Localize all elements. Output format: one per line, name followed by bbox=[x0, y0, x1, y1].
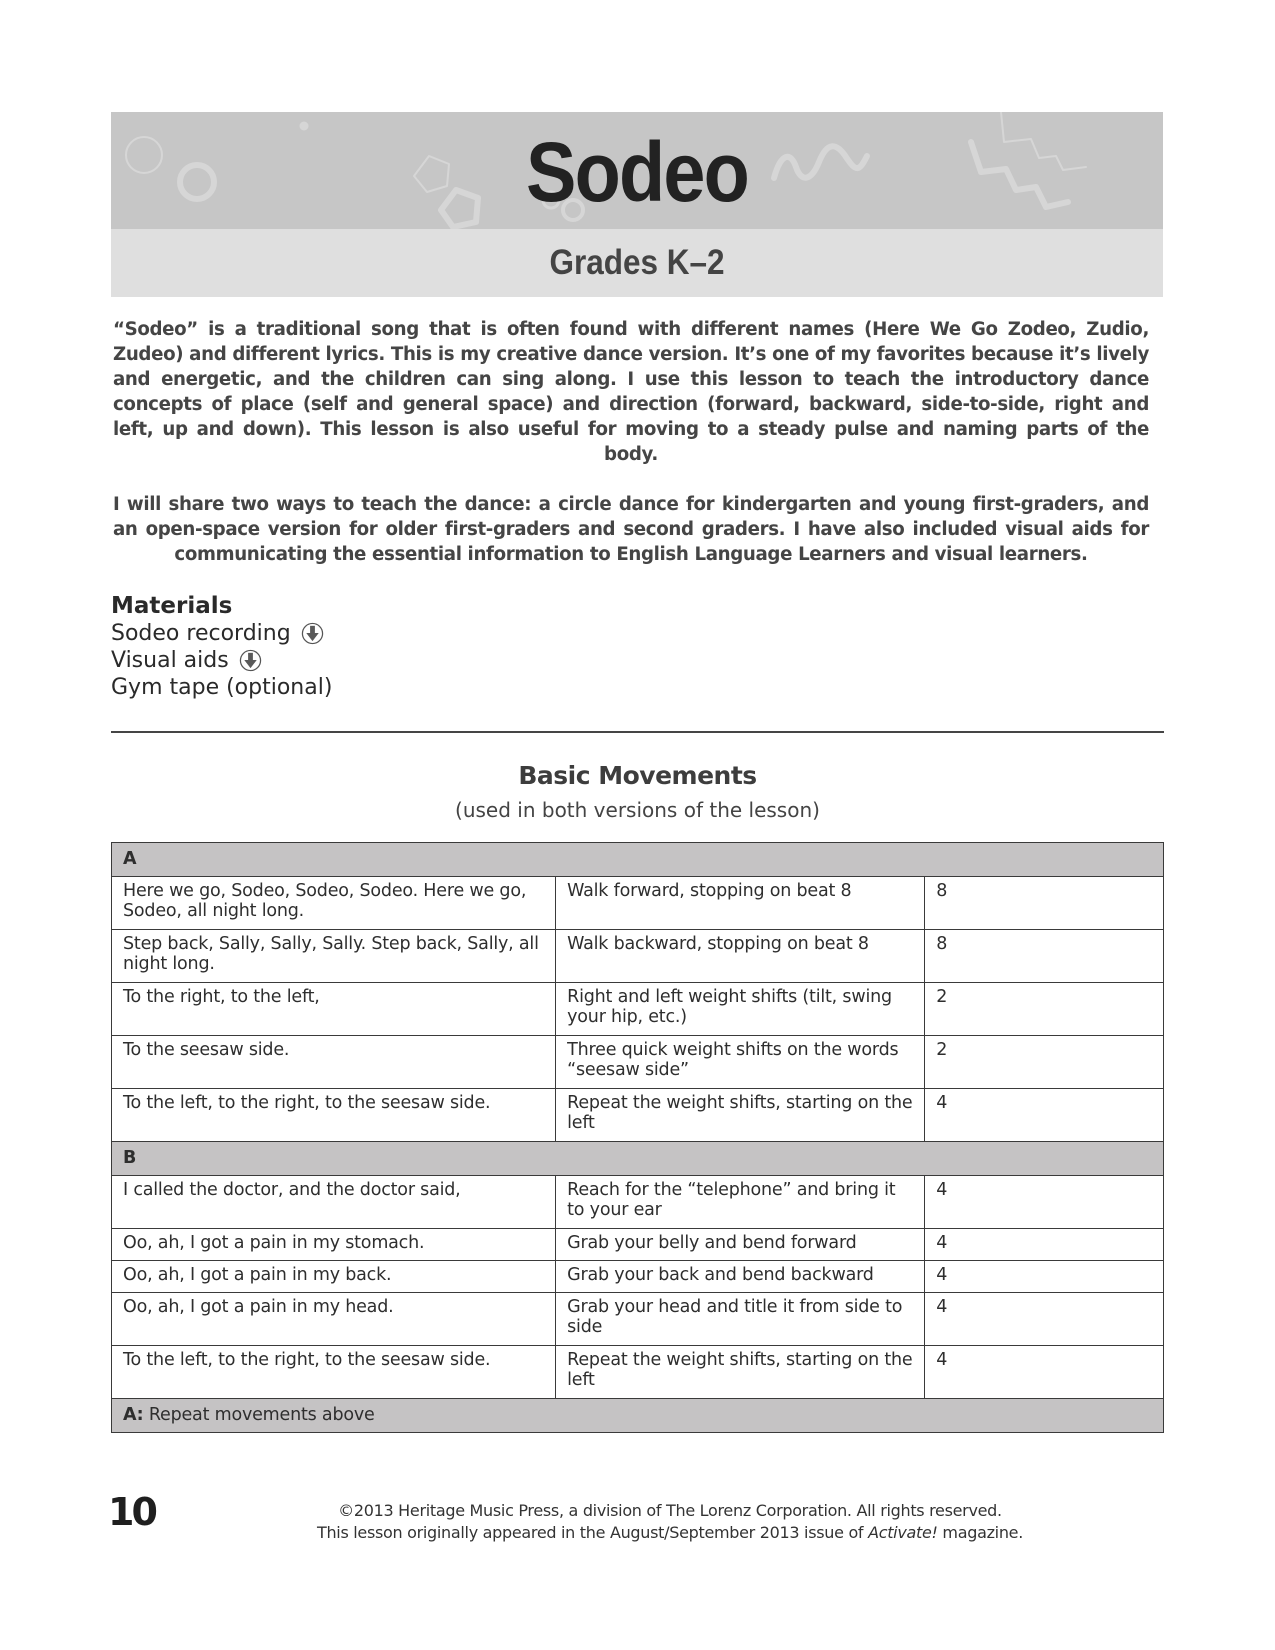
lyrics-cell: To the seesaw side. bbox=[112, 1036, 556, 1089]
beats-cell: 4 bbox=[925, 1229, 1164, 1261]
beats-cell: 8 bbox=[925, 930, 1164, 983]
beats-cell: 4 bbox=[925, 1176, 1164, 1229]
closing-text: Repeat movements above bbox=[143, 1405, 374, 1425]
beats-cell: 4 bbox=[925, 1089, 1164, 1142]
magazine-title: Activate! bbox=[868, 1523, 938, 1542]
intro-paragraph-2: I will share two ways to teach the dance… bbox=[113, 492, 1149, 567]
table-row: Oo, ah, I got a pain in my back.Grab you… bbox=[112, 1261, 1164, 1293]
table-section-row: A bbox=[112, 843, 1164, 877]
origin-text-end: magazine. bbox=[938, 1523, 1023, 1542]
table-section-row: B bbox=[112, 1142, 1164, 1176]
beats-cell: 4 bbox=[925, 1261, 1164, 1293]
movement-cell: Grab your belly and bend forward bbox=[556, 1229, 925, 1261]
movement-cell: Repeat the weight shifts, starting on th… bbox=[556, 1089, 925, 1142]
movement-cell: Grab your back and bend backward bbox=[556, 1261, 925, 1293]
lyrics-cell: To the left, to the right, to the seesaw… bbox=[112, 1346, 556, 1399]
download-icon[interactable] bbox=[301, 622, 324, 645]
materials-item: Visual aids bbox=[111, 647, 332, 674]
table-row: I called the doctor, and the doctor said… bbox=[112, 1176, 1164, 1229]
section-label: B bbox=[112, 1142, 1164, 1176]
materials-section: Materials Sodeo recording Visual aids Gy… bbox=[111, 592, 332, 701]
materials-item-label: Visual aids bbox=[111, 647, 229, 674]
materials-heading: Materials bbox=[111, 592, 332, 620]
title-band: Sodeo bbox=[111, 112, 1163, 229]
lyrics-cell: I called the doctor, and the doctor said… bbox=[112, 1176, 556, 1229]
beats-cell: 2 bbox=[925, 1036, 1164, 1089]
table-row: To the left, to the right, to the seesaw… bbox=[112, 1346, 1164, 1399]
table-row: Here we go, Sodeo, Sodeo, Sodeo. Here we… bbox=[112, 877, 1164, 930]
movement-cell: Walk forward, stopping on beat 8 bbox=[556, 877, 925, 930]
table-row: Oo, ah, I got a pain in my head.Grab you… bbox=[112, 1293, 1164, 1346]
section-divider bbox=[111, 731, 1164, 733]
closing-label: A: bbox=[123, 1405, 143, 1425]
materials-item-label: Gym tape (optional) bbox=[111, 674, 332, 701]
table-closing-row: A: Repeat movements above bbox=[112, 1399, 1164, 1433]
materials-item-label: Sodeo recording bbox=[111, 620, 291, 647]
section-subtitle: (used in both versions of the lesson) bbox=[0, 796, 1275, 824]
grades-band: Grades K–2 bbox=[111, 229, 1163, 297]
table-row: To the seesaw side.Three quick weight sh… bbox=[112, 1036, 1164, 1089]
movement-cell: Right and left weight shifts (tilt, swin… bbox=[556, 983, 925, 1036]
lyrics-cell: To the right, to the left, bbox=[112, 983, 556, 1036]
page-number: 10 bbox=[108, 1492, 155, 1532]
table-row: To the left, to the right, to the seesaw… bbox=[112, 1089, 1164, 1142]
beats-cell: 4 bbox=[925, 1293, 1164, 1346]
lyrics-cell: Oo, ah, I got a pain in my back. bbox=[112, 1261, 556, 1293]
copyright-footer: ©2013 Heritage Music Press, a division o… bbox=[200, 1500, 1140, 1544]
closing-cell: A: Repeat movements above bbox=[112, 1399, 1164, 1433]
movement-cell: Three quick weight shifts on the words “… bbox=[556, 1036, 925, 1089]
materials-item: Sodeo recording bbox=[111, 620, 332, 647]
copyright-line: ©2013 Heritage Music Press, a division o… bbox=[200, 1500, 1140, 1522]
materials-item: Gym tape (optional) bbox=[111, 674, 332, 701]
movement-cell: Walk backward, stopping on beat 8 bbox=[556, 930, 925, 983]
lyrics-cell: To the left, to the right, to the seesaw… bbox=[112, 1089, 556, 1142]
table-row: Oo, ah, I got a pain in my stomach.Grab … bbox=[112, 1229, 1164, 1261]
grade-level: Grades K–2 bbox=[164, 243, 1111, 283]
origin-line: This lesson originally appeared in the A… bbox=[200, 1522, 1140, 1544]
movements-table: AHere we go, Sodeo, Sodeo, Sodeo. Here w… bbox=[111, 842, 1164, 1433]
movement-cell: Repeat the weight shifts, starting on th… bbox=[556, 1346, 925, 1399]
lyrics-cell: Step back, Sally, Sally, Sally. Step bac… bbox=[112, 930, 556, 983]
beats-cell: 4 bbox=[925, 1346, 1164, 1399]
download-icon[interactable] bbox=[239, 649, 262, 672]
lyrics-cell: Here we go, Sodeo, Sodeo, Sodeo. Here we… bbox=[112, 877, 556, 930]
lyrics-cell: Oo, ah, I got a pain in my stomach. bbox=[112, 1229, 556, 1261]
table-row: Step back, Sally, Sally, Sally. Step bac… bbox=[112, 930, 1164, 983]
page-title: Sodeo bbox=[164, 122, 1111, 222]
title-banner: Sodeo Grades K–2 bbox=[111, 112, 1163, 297]
movement-cell: Reach for the “telephone” and bring it t… bbox=[556, 1176, 925, 1229]
movement-cell: Grab your head and title it from side to… bbox=[556, 1293, 925, 1346]
section-label: A bbox=[112, 843, 1164, 877]
lyrics-cell: Oo, ah, I got a pain in my head. bbox=[112, 1293, 556, 1346]
intro-paragraph-1: “Sodeo” is a traditional song that is of… bbox=[113, 317, 1149, 467]
origin-text: This lesson originally appeared in the A… bbox=[317, 1523, 868, 1542]
section-title: Basic Movements bbox=[0, 760, 1275, 792]
beats-cell: 2 bbox=[925, 983, 1164, 1036]
beats-cell: 8 bbox=[925, 877, 1164, 930]
table-row: To the right, to the left,Right and left… bbox=[112, 983, 1164, 1036]
